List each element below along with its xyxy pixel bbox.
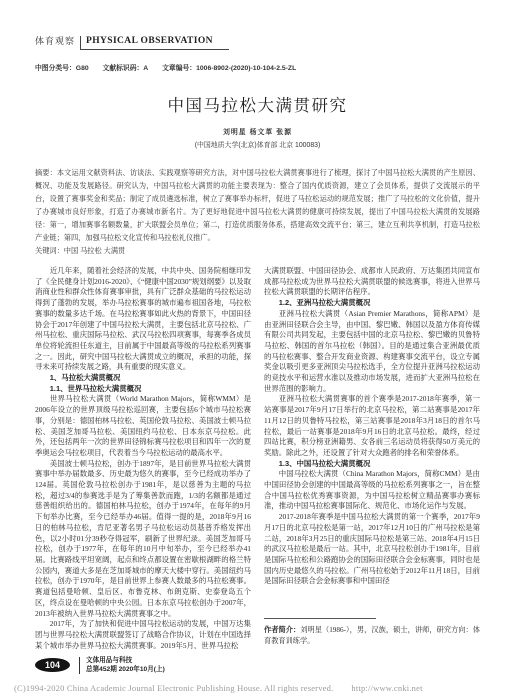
right-column: 大满贯联盟、中国田径协会、成都市人民政府、万达集团共同宣布成都马拉松成为世界马拉… — [264, 266, 480, 649]
author-affiliation: (中国地质大学(北京)体育部 北京 100083) — [35, 139, 480, 149]
footer-journal-name: 文体用品与科技 — [86, 656, 165, 665]
abstract-block: 摘要：本文运用文献资料法、访谈法、实践观察等研究方法，对中国马拉松大满贯赛事进行… — [35, 166, 480, 257]
body-paragraph: 美国波士顿马拉松，创办于1897年，是目前世界马拉松大满贯赛事中举办届数最多、历… — [35, 459, 251, 620]
article-meta-line: 中图分类号：G80 文献标识码：A 文章编号：1006-8902-(2020)-… — [35, 62, 480, 72]
body-paragraph: 2017-2018年赛季是中国马拉松大满贯的第一个赛季，2017年9月17日的北… — [264, 512, 480, 587]
journal-section-en: PHYSICAL OBSERVATION — [80, 36, 229, 50]
footer-divider — [79, 657, 80, 674]
body-paragraph: 大满贯联盟、中国田径协会、成都市人民政府、万达集团共同宣布成都马拉松成为世界马拉… — [264, 266, 480, 298]
body-columns: 近几年来，随着社会经济的发展，中共中央、国务院相继印发了《全民健身计划2016-… — [35, 266, 480, 649]
footer-journal-info: 文体用品与科技 总第452期 2020年10月(上) — [86, 656, 165, 674]
cnki-url: http://www.cnki.net — [351, 683, 422, 693]
copyright-line: (C)1994-2020 China Academic Journal Elec… — [14, 683, 506, 693]
abstract-text: 摘要：本文运用文献资料法、访谈法、实践观察等研究方法，对中国马拉松大满贯赛事进行… — [35, 166, 480, 244]
author-bio-footnote: 作者简介：刘明星（1986-），男，汉族，硕士，讲师，研究方向：体育教育训练学。 — [264, 618, 480, 649]
body-paragraph: 2017年，为了加快和促进中国马拉松运动的发展，中国万达集团与世界马拉松大满贯联… — [35, 619, 251, 649]
footer-issue-info: 总第452期 2020年10月(上) — [86, 665, 165, 674]
document-code: 文献标识码：A — [103, 65, 149, 72]
body-paragraph: 近几年来，随着社会经济的发展，中共中央、国务院相继印发了《全民健身计划2016-… — [35, 266, 251, 373]
body-paragraph: 亚洲马拉松大满贯赛事的首个赛季是2017-2018年赛季，第一站赛事是2017年… — [264, 394, 480, 458]
footnote-divider — [264, 618, 376, 619]
article-id: 文章编号：1006-8902-(2020)-10-104-2.5-ZL — [162, 65, 296, 72]
page-content: 体育观察 PHYSICAL OBSERVATION 中图分类号：G80 文献标识… — [0, 0, 516, 649]
body-paragraph: 世界马拉松大满贯（World Marathon Majors，简称WMM）是20… — [35, 394, 251, 458]
journal-section-cn: 体育观察 — [35, 34, 80, 50]
section-heading: 1.2、亚洲马拉松大满贯概况 — [264, 298, 480, 309]
page-number-badge: 104 — [35, 658, 70, 672]
section-heading: 1、马拉松大满贯概况 — [35, 373, 251, 384]
author-names: 刘明星 杨文革 张源 — [35, 126, 480, 136]
body-paragraph: 亚洲马拉松大满贯（Asian Premier Marathons，简称APM）是… — [264, 309, 480, 395]
journal-header: 体育观察 PHYSICAL OBSERVATION — [35, 34, 480, 50]
left-column: 近几年来，随着社会经济的发展，中共中央、国务院相继印发了《全民健身计划2016-… — [35, 266, 251, 649]
footnote-label: 作者简介： — [264, 625, 300, 634]
section-heading: 1.1、世界马拉松大满贯概况 — [35, 384, 251, 395]
body-paragraph: 中国马拉松大满贯（China Marathon Majors，简称CMM）是由中… — [264, 469, 480, 512]
article-title: 中国马拉松大满贯研究 — [35, 92, 480, 116]
copyright-text: (C)1994-2020 China Academic Journal Elec… — [14, 683, 333, 693]
section-heading: 1.3、中国马拉松大满贯概况 — [264, 459, 480, 470]
right-column-text: 大满贯联盟、中国田径协会、成都市人民政府、万达集团共同宣布成都马拉松成为世界马拉… — [264, 266, 480, 587]
clc-number: 中图分类号：G80 — [35, 65, 89, 72]
keywords-line: 关键词：中国 马拉松 大满贯 — [35, 244, 480, 257]
page-footer: 104 文体用品与科技 总第452期 2020年10月(上) — [35, 656, 165, 674]
paper-page: 体育观察 PHYSICAL OBSERVATION 中图分类号：G80 文献标识… — [0, 0, 516, 700]
